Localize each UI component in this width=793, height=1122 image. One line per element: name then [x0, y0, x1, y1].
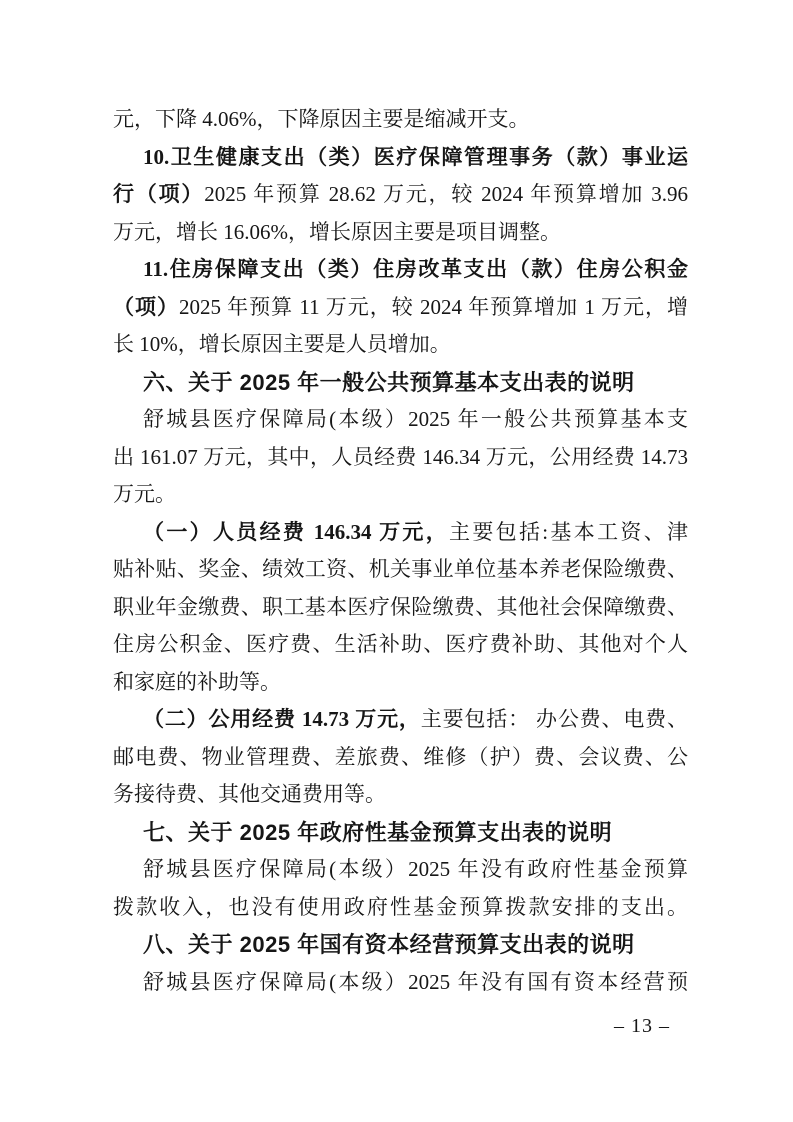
heading-line: 八、关于 2025 年国有资本经营预算支出表的说明 — [113, 926, 688, 964]
document-page: 元，下降 4.06%，下降原因主要是缩减开支。10.卫生健康支出（类）医疗保障管… — [0, 0, 793, 1122]
text-line: 务接待费、其他交通费用等。 — [113, 776, 688, 814]
text-line: 万元，增长 16.06%，增长原因主要是项目调整。 — [113, 214, 688, 252]
text-run: 2025 年预算 11 万元，较 2024 年预算增加 1 万元，增 — [179, 295, 688, 319]
text-line: 和家庭的补助等。 — [113, 664, 688, 702]
text-line: 10.卫生健康支出（类）医疗保障管理事务（款）事业运 — [113, 139, 688, 177]
bold-text-run: 行（项） — [113, 182, 204, 206]
text-line: 邮电费、物业管理费、差旅费、维修（护）费、会议费、公 — [113, 739, 688, 777]
text-line: 拨款收入，也没有使用政府性基金预算拨款安排的支出。 — [113, 889, 688, 927]
text-run: 主要包括： 办公费、电费、 — [421, 707, 688, 731]
bold-text-run: 10.卫生健康支出（类）医疗保障管理事务（款）事业运 — [143, 145, 688, 169]
text-line: 舒城县医疗保障局(本级）2025 年一般公共预算基本支 — [113, 401, 688, 439]
text-line: 11.住房保障支出（类）住房改革支出（款）住房公积金 — [113, 251, 688, 289]
text-line: 住房公积金、医疗费、生活补助、医疗费补助、其他对个人 — [113, 626, 688, 664]
page-number: – 13 – — [614, 1012, 670, 1040]
text-run: 务接待费、其他交通费用等。 — [113, 782, 386, 806]
text-run: 主要包括:基本工资、津 — [449, 520, 688, 544]
heading-run: 八、关于 2025 年国有资本经营预算支出表的说明 — [143, 932, 635, 957]
text-line: （一）人员经费 146.34 万元，主要包括:基本工资、津 — [113, 514, 688, 552]
heading-line: 七、关于 2025 年政府性基金预算支出表的说明 — [113, 814, 688, 852]
text-run: 和家庭的补助等。 — [113, 670, 281, 694]
text-run: 拨款收入，也没有使用政府性基金预算拨款安排的支出。 — [113, 895, 688, 919]
text-run: 2025 年预算 28.62 万元，较 2024 年预算增加 3.96 — [204, 182, 688, 206]
text-run: 万元。 — [113, 482, 176, 506]
bold-text-run: （一）人员经费 146.34 万元， — [143, 520, 449, 544]
bold-text-run: （项） — [113, 295, 179, 319]
heading-line: 六、关于 2025 年一般公共预算基本支出表的说明 — [113, 364, 688, 402]
text-run: 元，下降 4.06%，下降原因主要是缩减开支。 — [113, 107, 530, 131]
text-run: 舒城县医疗保障局(本级）2025 年一般公共预算基本支 — [143, 407, 688, 431]
text-line: 长 10%，增长原因主要是人员增加。 — [113, 326, 688, 364]
text-line: 职业年金缴费、职工基本医疗保险缴费、其他社会保障缴费、 — [113, 589, 688, 627]
text-run: 舒城县医疗保障局(本级）2025 年没有政府性基金预算 — [143, 857, 688, 881]
text-line: 舒城县医疗保障局(本级）2025 年没有国有资本经营预 — [113, 964, 688, 1002]
text-run: 住房公积金、医疗费、生活补助、医疗费补助、其他对个人 — [113, 632, 688, 656]
document-body: 元，下降 4.06%，下降原因主要是缩减开支。10.卫生健康支出（类）医疗保障管… — [113, 101, 688, 1001]
text-line: （项）2025 年预算 11 万元，较 2024 年预算增加 1 万元，增 — [113, 289, 688, 327]
text-line: 出 161.07 万元，其中，人员经费 146.34 万元，公用经费 14.73 — [113, 439, 688, 477]
text-line: 万元。 — [113, 476, 688, 514]
bold-text-run: （二）公用经费 14.73 万元， — [143, 707, 421, 731]
heading-run: 七、关于 2025 年政府性基金预算支出表的说明 — [143, 820, 612, 845]
text-run: 出 161.07 万元，其中，人员经费 146.34 万元，公用经费 14.73 — [113, 445, 688, 469]
heading-run: 六、关于 2025 年一般公共预算基本支出表的说明 — [143, 370, 635, 395]
text-run: 邮电费、物业管理费、差旅费、维修（护）费、会议费、公 — [113, 745, 688, 769]
bold-text-run: 11.住房保障支出（类）住房改革支出（款）住房公积金 — [143, 257, 688, 281]
text-line: 元，下降 4.06%，下降原因主要是缩减开支。 — [113, 101, 688, 139]
text-run: 贴补贴、奖金、绩效工资、机关事业单位基本养老保险缴费、 — [113, 557, 688, 581]
text-run: 万元，增长 16.06%，增长原因主要是项目调整。 — [113, 220, 561, 244]
text-line: 行（项）2025 年预算 28.62 万元，较 2024 年预算增加 3.96 — [113, 176, 688, 214]
text-run: 长 10%，增长原因主要是人员增加。 — [113, 332, 451, 356]
text-run: 职业年金缴费、职工基本医疗保险缴费、其他社会保障缴费、 — [113, 595, 688, 619]
text-line: （二）公用经费 14.73 万元，主要包括： 办公费、电费、 — [113, 701, 688, 739]
text-line: 贴补贴、奖金、绩效工资、机关事业单位基本养老保险缴费、 — [113, 551, 688, 589]
text-run: 舒城县医疗保障局(本级）2025 年没有国有资本经营预 — [143, 970, 688, 994]
text-line: 舒城县医疗保障局(本级）2025 年没有政府性基金预算 — [113, 851, 688, 889]
